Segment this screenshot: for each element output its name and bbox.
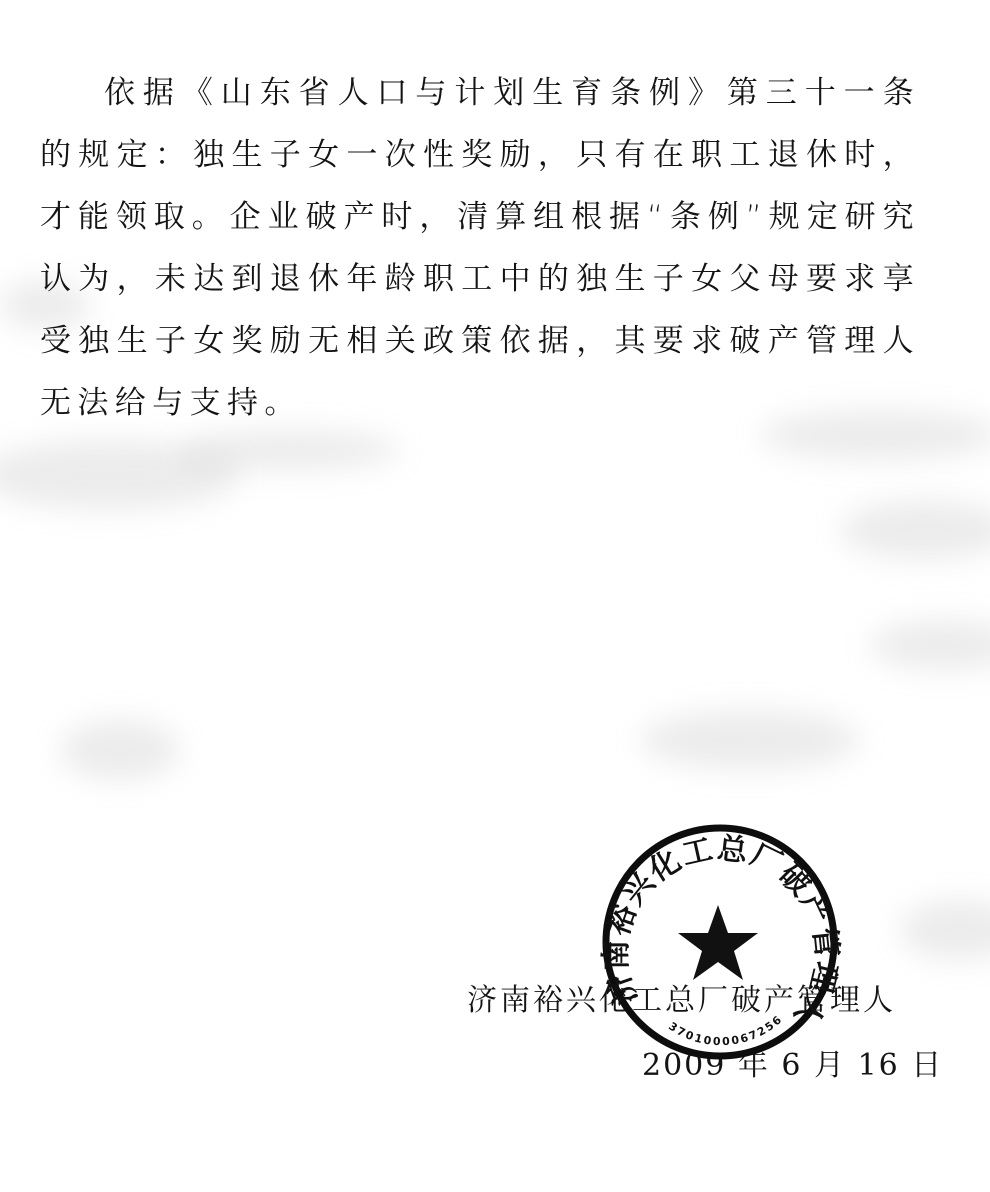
paper-smudge — [870, 620, 990, 670]
paper-smudge — [180, 430, 400, 470]
star-icon — [678, 905, 758, 980]
official-seal: 济南裕兴化工总厂破产管理人 3701000067256 — [598, 820, 848, 1070]
paper-smudge — [900, 900, 990, 960]
paper-smudge — [840, 500, 990, 560]
paper-smudge — [640, 710, 860, 770]
body-paragraph: 依据《山东省人口与计划生育条例》第三十一条的规定：独生子女一次性奖励，只有在职工… — [40, 62, 920, 434]
document-page: 依据《山东省人口与计划生育条例》第三十一条的规定：独生子女一次性奖励，只有在职工… — [0, 0, 990, 1192]
paper-smudge — [60, 720, 180, 780]
